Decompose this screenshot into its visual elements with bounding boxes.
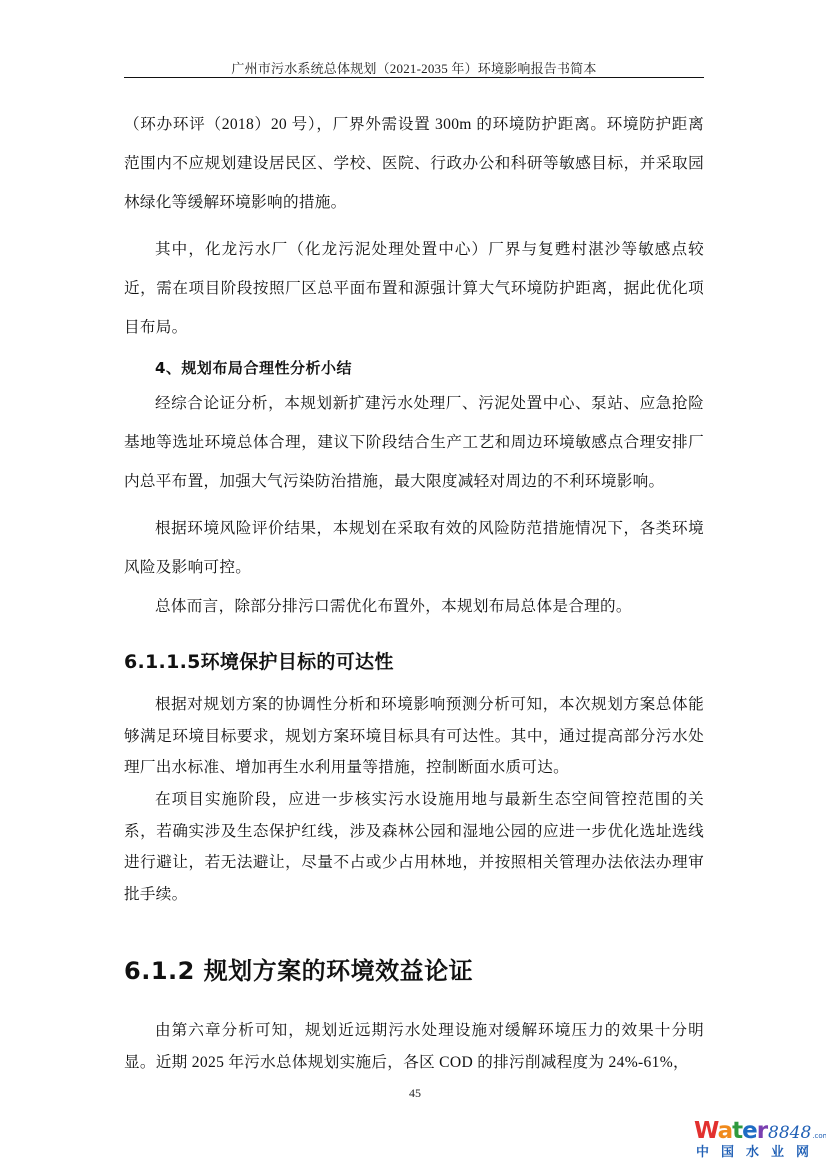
water8848-watermark-logo: Water 8848 .com 中国水业网	[694, 1118, 824, 1164]
paragraph-risk-assessment: 根据环境风险评价结果，本规划在采取有效的风险防范措施情况下，各类环境风险及影响可…	[124, 509, 704, 587]
paragraph-target-achievability: 根据对规划方案的协调性分析和环境影响预测分析可知，本次规划方案总体能够满足环境目…	[124, 689, 704, 784]
watermark-domain-suffix: .com	[812, 1132, 826, 1140]
watermark-chinese-name: 中国水业网	[694, 1144, 824, 1162]
subheading-layout-summary: 4、规划布局合理性分析小结	[155, 357, 352, 378]
paragraph-environmental-benefit: 由第六章分析可知，规划近远期污水处理设施对缓解环境压力的效果十分明显。近期 20…	[124, 1015, 704, 1078]
paragraph-implementation-stage: 在项目实施阶段，应进一步核实污水设施用地与最新生态空间管控范围的关系，若确实涉及…	[124, 784, 704, 910]
page-number: 45	[400, 1086, 430, 1101]
section-heading-6-1-2: 6.1.2 规划方案的环境效益论证	[124, 951, 473, 986]
paragraph-environmental-protection-distance: （环办环评（2018）20 号），厂界外需设置 300m 的环境防护距离。环境防…	[124, 105, 704, 223]
watermark-brand-word: Water	[694, 1118, 767, 1144]
watermark-brand-number: 8848	[768, 1123, 811, 1143]
paragraph-overall-conclusion: 总体而言，除部分排污口需优化布置外，本规划布局总体是合理的。	[124, 587, 704, 626]
section-heading-6-1-1-5: 6.1.1.5环境保护目标的可达性	[124, 647, 394, 674]
paragraph-site-selection-analysis: 经综合论证分析，本规划新扩建污水处理厂、污泥处置中心、泵站、应急抢险基地等选址环…	[124, 384, 704, 502]
paragraph-hualong-plant: 其中，化龙污水厂（化龙污泥处理处置中心）厂界与复甦村湛沙等敏感点较近，需在项目阶…	[124, 230, 704, 348]
header-divider	[124, 77, 704, 78]
running-header-title: 广州市污水系统总体规划（2021-2035 年）环境影响报告书简本	[124, 58, 704, 77]
